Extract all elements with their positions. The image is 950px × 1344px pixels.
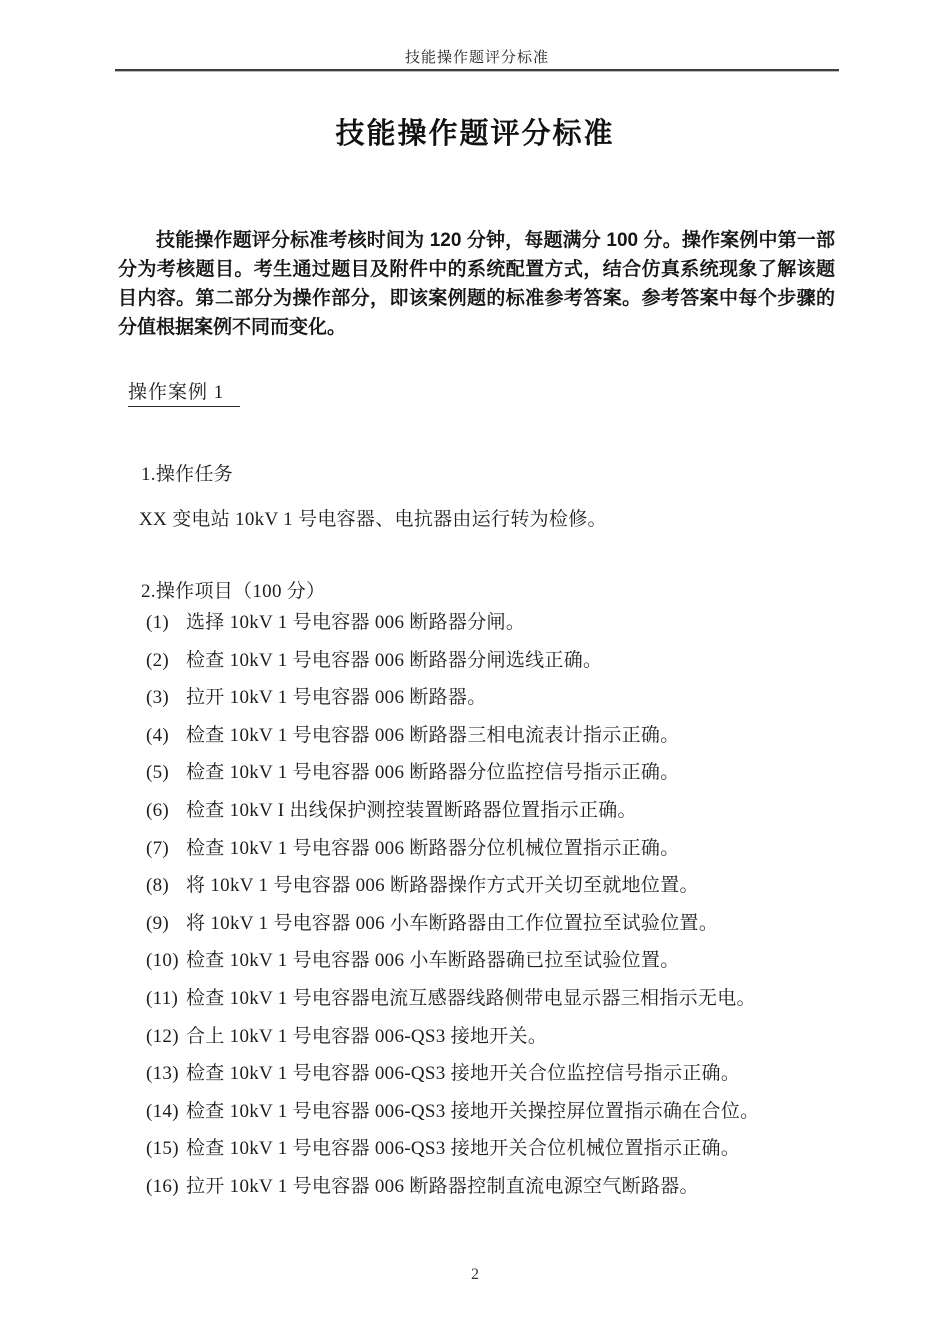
- list-item: (15) 检查 10kV 1 号电容器 006-QS3 接地开关合位机械位置指示…: [146, 1139, 846, 1159]
- list-item: (16) 拉开 10kV 1 号电容器 006 断路器控制直流电源空气断路器。: [146, 1177, 846, 1197]
- list-item: (6) 检查 10kV I 出线保护测控装置断路器位置指示正确。: [146, 801, 846, 821]
- running-header: 技能操作题评分标准: [115, 46, 839, 67]
- item-text: 将 10kV 1 号电容器 006 断路器操作方式开关切至就地位置。: [186, 876, 846, 896]
- list-item: (1) 选择 10kV 1 号电容器 006 断路器分闸。: [146, 613, 846, 633]
- list-item: (8) 将 10kV 1 号电容器 006 断路器操作方式开关切至就地位置。: [146, 876, 846, 896]
- item-text: 选择 10kV 1 号电容器 006 断路器分闸。: [186, 613, 846, 633]
- item-number: (14): [146, 1102, 186, 1122]
- intro-line: 分值根据案例不同而变化。: [118, 313, 835, 342]
- page-number: 2: [0, 1266, 950, 1284]
- intro-paragraph: 技能操作题评分标准考核时间为 120 分钟，每题满分 100 分。操作案例中第一…: [118, 226, 835, 342]
- item-number: (5): [146, 763, 186, 783]
- task-text: XX 变电站 10kV 1 号电容器、电抗器由运行转为检修。: [139, 504, 607, 531]
- list-item: (7) 检查 10kV 1 号电容器 006 断路器分位机械位置指示正确。: [146, 839, 846, 859]
- item-text: 将 10kV 1 号电容器 006 小车断路器由工作位置拉至试验位置。: [186, 914, 846, 934]
- item-text: 检查 10kV 1 号电容器 006 断路器三相电流表计指示正确。: [186, 726, 846, 746]
- item-number: (8): [146, 876, 186, 896]
- list-item: (12) 合上 10kV 1 号电容器 006-QS3 接地开关。: [146, 1027, 846, 1047]
- item-number: (12): [146, 1027, 186, 1047]
- item-text: 检查 10kV I 出线保护测控装置断路器位置指示正确。: [186, 801, 846, 821]
- item-number: (15): [146, 1139, 186, 1159]
- item-text: 检查 10kV 1 号电容器 006 小车断路器确已拉至试验位置。: [186, 951, 846, 971]
- item-text: 检查 10kV 1 号电容器电流互感器线路侧带电显示器三相指示无电。: [186, 989, 846, 1009]
- item-text: 检查 10kV 1 号电容器 006 断路器分位监控信号指示正确。: [186, 763, 846, 783]
- item-number: (2): [146, 651, 186, 671]
- item-text: 检查 10kV 1 号电容器 006 断路器分位机械位置指示正确。: [186, 839, 846, 859]
- operation-items-list: (1) 选择 10kV 1 号电容器 006 断路器分闸。 (2) 检查 10k…: [146, 613, 846, 1215]
- list-item: (5) 检查 10kV 1 号电容器 006 断路器分位监控信号指示正确。: [146, 763, 846, 783]
- case-heading: 操作案例 1: [128, 377, 240, 407]
- list-item: (14) 检查 10kV 1 号电容器 006-QS3 接地开关操控屏位置指示确…: [146, 1102, 846, 1122]
- item-number: (7): [146, 839, 186, 859]
- list-item: (3) 拉开 10kV 1 号电容器 006 断路器。: [146, 688, 846, 708]
- list-item: (10) 检查 10kV 1 号电容器 006 小车断路器确已拉至试验位置。: [146, 951, 846, 971]
- item-text: 检查 10kV 1 号电容器 006 断路器分闸选线正确。: [186, 651, 846, 671]
- item-number: (10): [146, 951, 186, 971]
- item-number: (9): [146, 914, 186, 934]
- item-number: (16): [146, 1177, 186, 1197]
- items-section-heading: 2.操作项目（100 分）: [141, 576, 325, 603]
- list-item: (13) 检查 10kV 1 号电容器 006-QS3 接地开关合位监控信号指示…: [146, 1064, 846, 1084]
- item-number: (6): [146, 801, 186, 821]
- task-section-heading: 1.操作任务: [141, 459, 233, 486]
- list-item: (9) 将 10kV 1 号电容器 006 小车断路器由工作位置拉至试验位置。: [146, 914, 846, 934]
- item-text: 合上 10kV 1 号电容器 006-QS3 接地开关。: [186, 1027, 846, 1047]
- item-number: (11): [146, 989, 186, 1009]
- intro-line: 目内容。第二部分为操作部分，即该案例题的标准参考答案。参考答案中每个步骤的: [118, 284, 835, 313]
- intro-line: 技能操作题评分标准考核时间为 120 分钟，每题满分 100 分。操作案例中第一…: [118, 226, 835, 255]
- item-number: (4): [146, 726, 186, 746]
- item-text: 拉开 10kV 1 号电容器 006 断路器控制直流电源空气断路器。: [186, 1177, 846, 1197]
- item-text: 检查 10kV 1 号电容器 006-QS3 接地开关合位机械位置指示正确。: [186, 1139, 846, 1159]
- item-number: (1): [146, 613, 186, 633]
- item-number: (13): [146, 1064, 186, 1084]
- header-rule: [115, 69, 839, 72]
- case-heading-text: 操作案例 1: [128, 377, 240, 407]
- item-text: 拉开 10kV 1 号电容器 006 断路器。: [186, 688, 846, 708]
- document-page: 技能操作题评分标准 技能操作题评分标准 技能操作题评分标准考核时间为 120 分…: [0, 0, 950, 1344]
- page-title: 技能操作题评分标准: [0, 111, 950, 152]
- list-item: (11) 检查 10kV 1 号电容器电流互感器线路侧带电显示器三相指示无电。: [146, 989, 846, 1009]
- item-text: 检查 10kV 1 号电容器 006-QS3 接地开关操控屏位置指示确在合位。: [186, 1102, 846, 1122]
- item-number: (3): [146, 688, 186, 708]
- list-item: (4) 检查 10kV 1 号电容器 006 断路器三相电流表计指示正确。: [146, 726, 846, 746]
- item-text: 检查 10kV 1 号电容器 006-QS3 接地开关合位监控信号指示正确。: [186, 1064, 846, 1084]
- list-item: (2) 检查 10kV 1 号电容器 006 断路器分闸选线正确。: [146, 651, 846, 671]
- intro-line: 分为考核题目。考生通过题目及附件中的系统配置方式，结合仿真系统现象了解该题: [118, 255, 835, 284]
